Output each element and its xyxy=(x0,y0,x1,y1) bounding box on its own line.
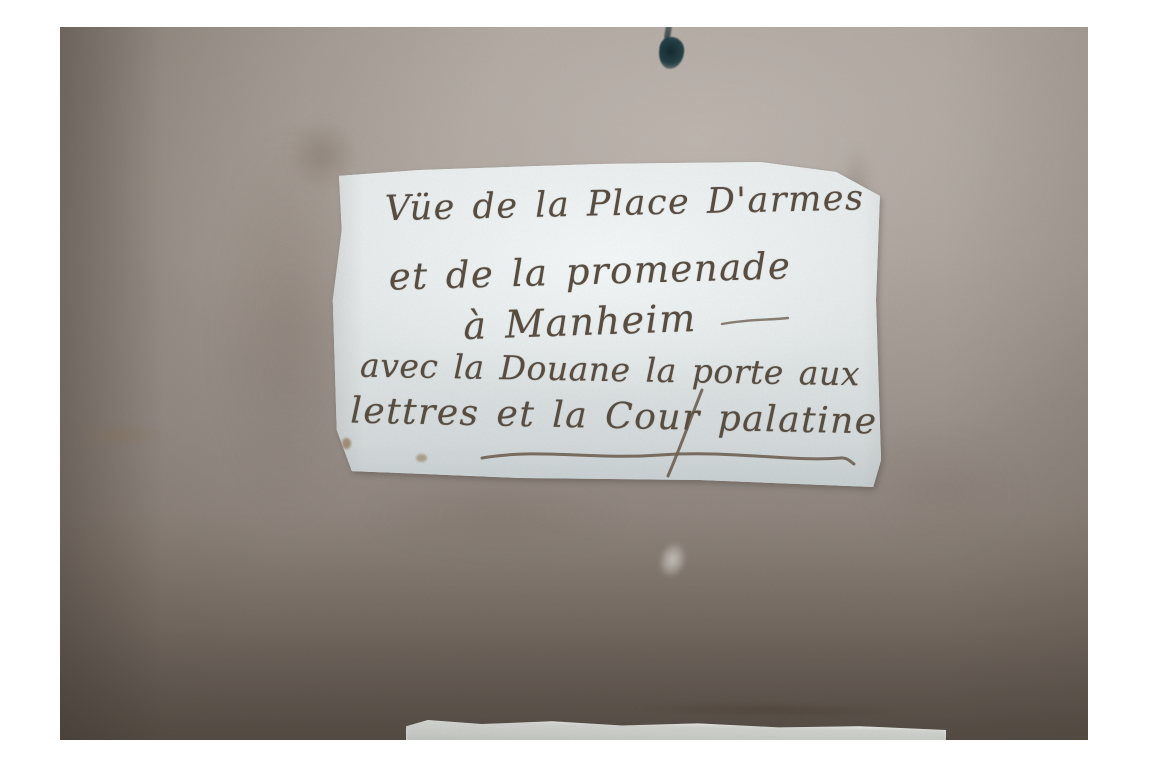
rust-fleck-1 xyxy=(342,438,351,449)
ink-blot xyxy=(652,27,696,77)
paper-label: Vüe de la Place D'armes et de la promena… xyxy=(330,158,890,490)
photo-page: Vüe de la Place D'armes et de la promena… xyxy=(0,0,1152,768)
smudge-above-strip xyxy=(620,701,950,720)
cardboard-backing: Vüe de la Place D'armes et de la promena… xyxy=(60,27,1088,740)
rust-fleck-2 xyxy=(416,454,427,462)
stain-yellow-streak-left xyxy=(64,419,175,451)
bottom-paper-strip xyxy=(406,716,946,740)
ink-blot-drop xyxy=(657,36,685,70)
paper-label-surface: Vüe de la Place D'armes et de la promena… xyxy=(330,158,890,490)
scuff-mark xyxy=(641,534,696,595)
